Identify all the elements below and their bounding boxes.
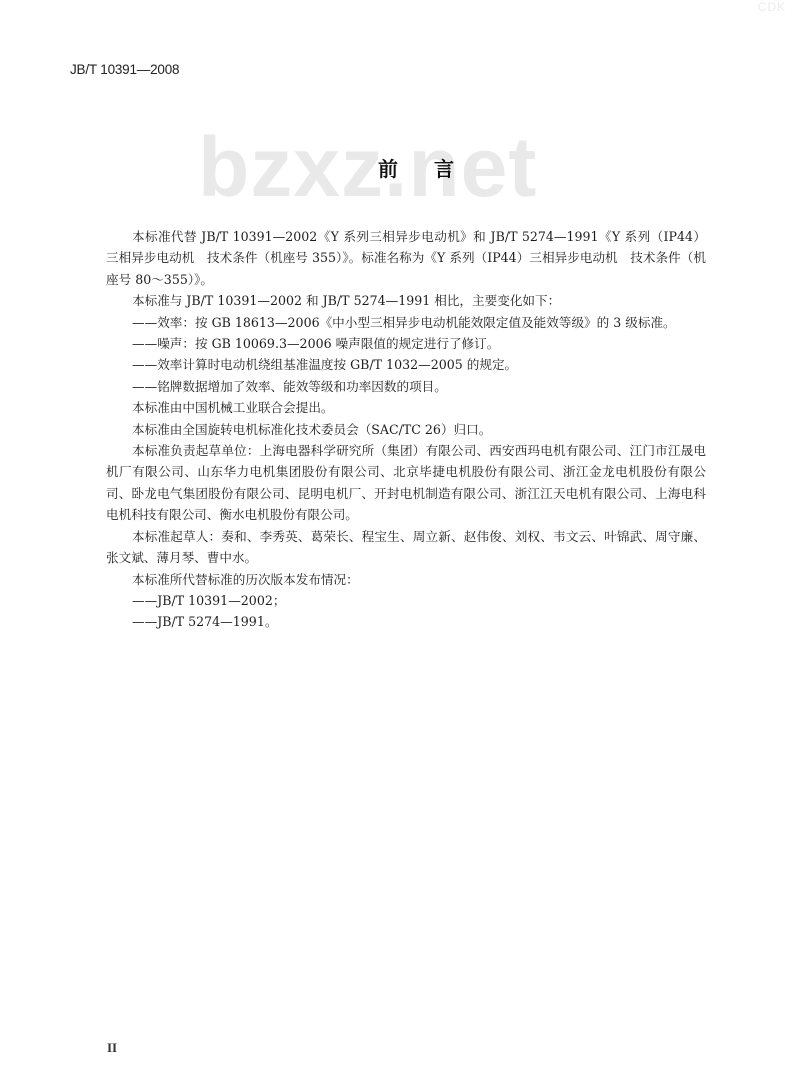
paragraph-drafters: 本标准起草人：奏和、李秀英、葛荣长、程宝生、周立新、赵伟俊、刘权、韦文云、叶锦武… [106,526,706,569]
page-number: II [107,1040,117,1056]
change-item-efficiency: ——效率：按 GB 18613—2006《中小型三相异步电动机能效限定值及能效等… [106,312,706,333]
foreword-body: 本标准代替 JB/T 10391—2002《Y 系列三相异步电动机》和 JB/T… [106,226,706,633]
corner-watermark-fragment: CDK [758,0,786,14]
paragraph-previous-editions-intro: 本标准所代替标准的历次版本发布情况： [106,569,706,590]
paragraph-changes-intro: 本标准与 JB/T 10391—2002 和 JB/T 5274—1991 相比… [106,290,706,311]
change-item-nameplate: ——铭牌数据增加了效率、能效等级和功率因数的项目。 [106,376,706,397]
previous-edition-item: ——JB/T 10391—2002； [106,590,706,611]
paragraph-replacement-statement: 本标准代替 JB/T 10391—2002《Y 系列三相异步电动机》和 JB/T… [106,226,706,290]
title-char-2: 言 [434,153,454,182]
paragraph-technical-committee: 本标准由全国旋转电机标准化技术委员会（SAC/TC 26）归口。 [106,419,706,440]
paragraph-proposer: 本标准由中国机械工业联合会提出。 [106,397,706,418]
site-watermark: bzxz.net [198,122,537,212]
standard-number-header: JB/T 10391—2008 [70,62,179,77]
page-title: 前 言 [378,153,454,182]
previous-edition-item: ——JB/T 5274—1991。 [106,611,706,632]
paragraph-drafting-organizations: 本标准负责起草单位：上海电器科学研究所（集团）有限公司、西安西玛电机有限公司、江… [106,440,706,526]
change-item-winding-temperature: ——效率计算时电动机绕组基准温度按 GB/T 1032—2005 的规定。 [106,354,706,375]
change-item-noise: ——噪声：按 GB 10069.3—2006 噪声限值的规定进行了修订。 [106,333,706,354]
title-char-1: 前 [378,153,398,182]
